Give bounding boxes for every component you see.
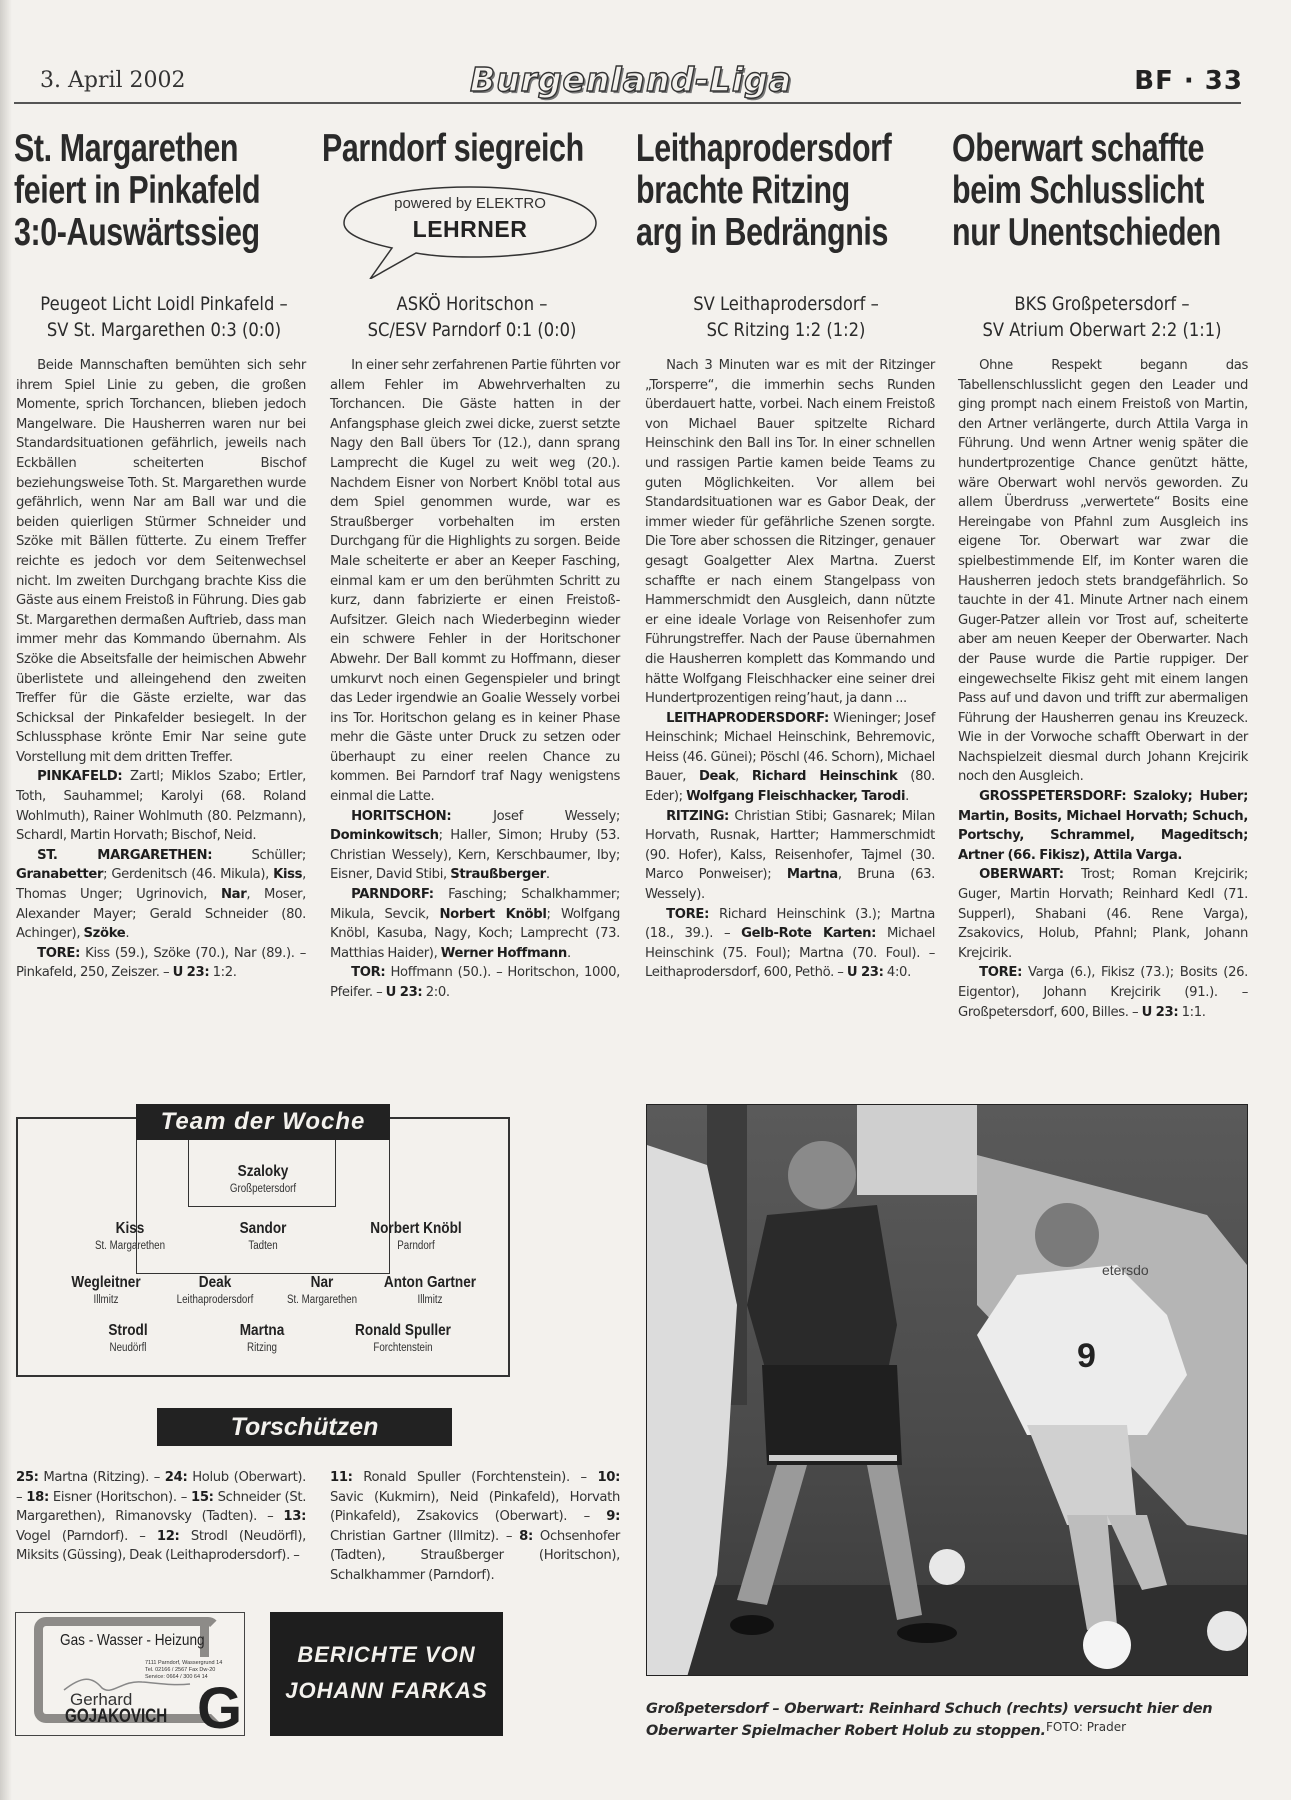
sponsor-tagline: powered by ELEKTRO [340,195,600,212]
team-of-week-title: Team der Woche [136,1104,390,1140]
photo-caption: Großpetersdorf – Oberwart: Reinhard Schu… [646,1698,1256,1742]
article-1-match: Peugeot Licht Loidl Pinkafeld –SV St. Ma… [35,291,293,343]
photo-credit: FOTO: Prader [1046,1720,1126,1734]
team-player: Norbert KnöblParndorf [336,1220,496,1252]
article-3-match: SV Leithaprodersdorf –SC Ritzing 1:2 (1:… [657,291,915,343]
article-3-body: Nach 3 Minuten war es mit der Ritzinger … [645,356,935,983]
article-4-match: BKS Großpetersdorf –SV Atrium Oberwart 2… [973,291,1231,343]
team-player: Anton GartnerIllmitz [350,1274,510,1306]
sponsor-speech-bubble: powered by ELEKTRO LEHRNER [340,183,600,263]
ad-last-name: GOJAKOVICH [65,1706,167,1728]
page-number: BF · 33 [1134,66,1243,96]
article-2-headline: Parndorf siegreich [322,128,622,170]
sponsor-name: LEHRNER [340,216,600,243]
reporter-credit-box: BERICHTE VON JOHANN FARKAS [270,1612,503,1736]
football-players-photo-icon: 9 etersdo [647,1105,1248,1676]
match-photo: 9 etersdo [646,1104,1248,1676]
ad-tagline: Gas - Wasser - Heizung [60,1632,205,1650]
team-player: SzalokyGroßpetersdorf [183,1163,343,1195]
team-player: SandorTadten [183,1220,343,1252]
team-player: Ronald SpullerForchtenstein [323,1322,483,1354]
newspaper-page: 3. April 2002 Burgenland-Liga BF · 33 St… [0,0,1291,1800]
article-4-body: Ohne Respekt begann das Tabellenschlussl… [958,356,1248,1022]
article-3-headline: Leithaprodersdorf brachte Ritzing arg in… [636,128,936,254]
svg-text:9: 9 [1077,1337,1096,1375]
team-player: MartnaRitzing [182,1322,342,1354]
article-1-headline: St. Margarethen feiert in Pinkafeld 3:0-… [14,128,314,254]
section-title: Burgenland-Liga [470,60,792,99]
article-1-body: Beide Mannschaften bemühten sich sehr ih… [16,356,306,983]
issue-date: 3. April 2002 [40,68,186,93]
ad-logo-letter: G [197,1680,242,1738]
svg-text:etersdo: etersdo [1102,1262,1149,1278]
article-2-body: In einer sehr zerfahrenen Partie führten… [330,356,620,1003]
header-rule [14,102,1241,104]
article-2-match: ASKÖ Horitschon –SC/ESV Parndorf 0:1 (0:… [343,291,601,343]
article-4-headline: Oberwart schaffte beim Schlusslicht nur … [952,128,1252,254]
top-scorers-list-right: 11: Ronald Spuller (Forchtenstein). – 10… [330,1468,620,1586]
top-scorers-title: Torschützen [157,1408,452,1446]
top-scorers-list-left: 25: Martna (Ritzing). – 24: Holub (Oberw… [16,1468,306,1566]
